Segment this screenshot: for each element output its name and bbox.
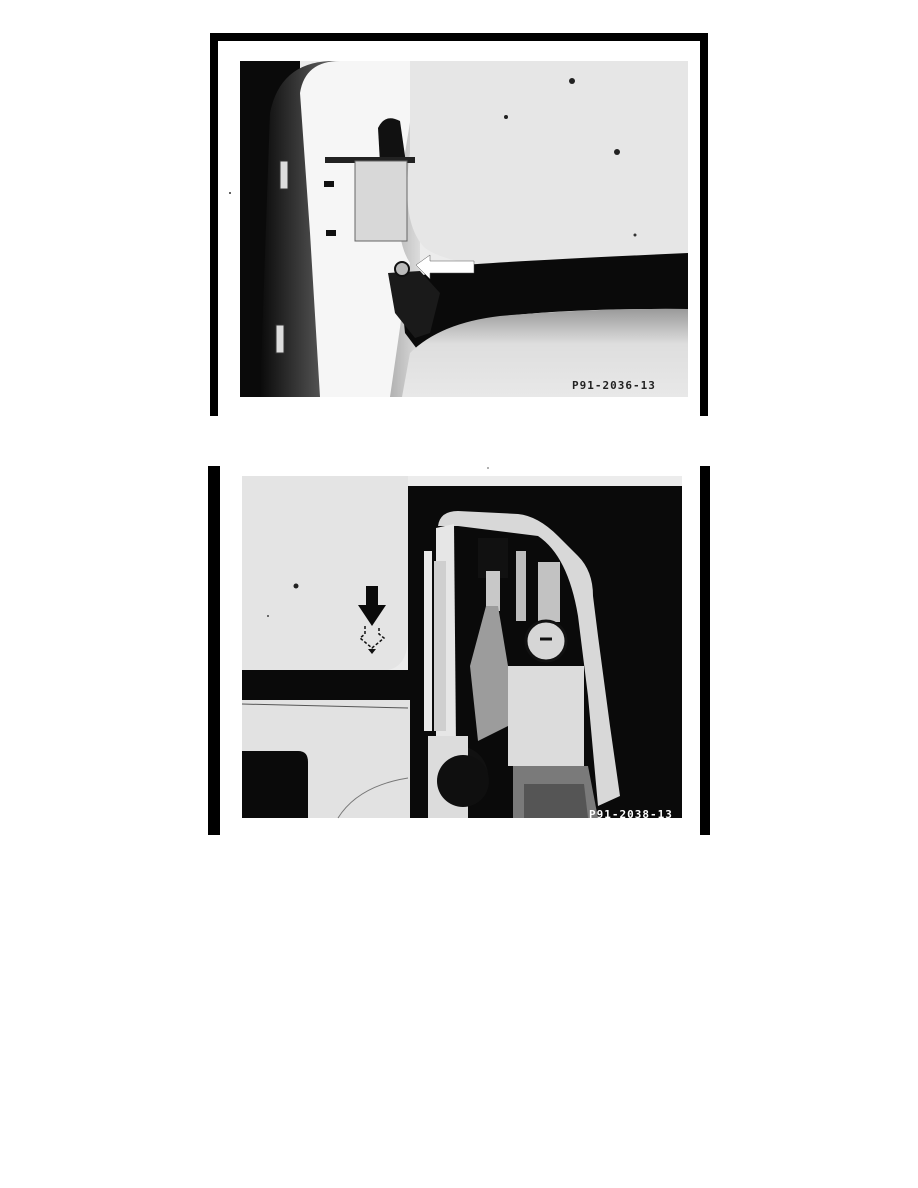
figure-1-photo: P91-2036-13: [210, 33, 708, 416]
figure-1-caption: P91-2036-13: [572, 379, 656, 392]
figure-1-image: P91-2036-13: [210, 33, 708, 416]
figure-2-photo: P91-2038-13: [208, 466, 710, 835]
figure-2-caption: P91-2038-13: [589, 808, 673, 821]
figure-2-image: P91-2038-13: [208, 466, 710, 835]
